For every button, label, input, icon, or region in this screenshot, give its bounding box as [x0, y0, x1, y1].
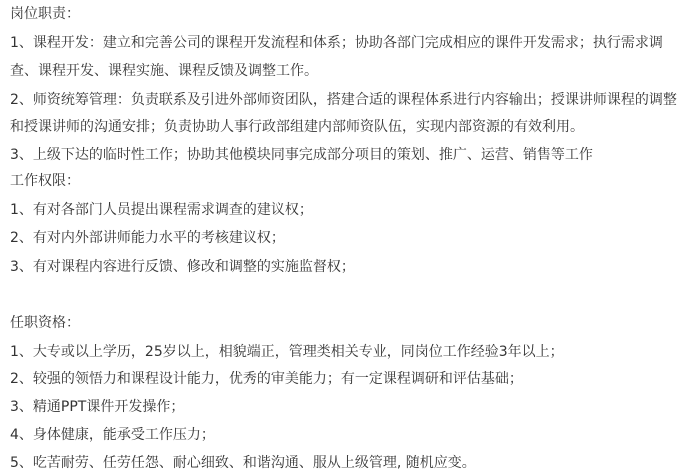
duty-line: 3、上级下达的临时性工作；协助其他模块同事完成部分项目的策划、推广、运营、销售等…: [10, 145, 593, 165]
duty-line: 查、课程开发、课程实施、课程反馈及调整工作。: [10, 61, 318, 81]
authority-line: 1、有对各部门人员提出课程需求调查的建议权；: [10, 200, 313, 220]
qualification-line: 4、身体健康，能承受工作压力；: [10, 425, 215, 445]
qualification-line: 2、较强的领悟力和课程设计能力，优秀的审美能力；有一定课程调研和评估基础；: [10, 369, 523, 389]
section-title-authority: 工作权限：: [10, 171, 80, 191]
section-title-qualifications: 任职资格：: [10, 313, 80, 333]
duty-line: 1、课程开发：建立和完善公司的课程开发流程和体系；协助各部门完成相应的课件开发需…: [10, 33, 663, 53]
section-title-duties: 岗位职责：: [10, 4, 80, 24]
qualification-line: 3、精通PPT课件开发操作；: [10, 397, 184, 417]
authority-line: 3、有对课程内容进行反馈、修改和调整的实施监督权；: [10, 257, 355, 277]
qualification-line: 1、大专或以上学历，25岁以上，相貌端正，管理类相关专业，同岗位工作经验3年以上…: [10, 342, 564, 362]
authority-line: 2、有对内外部讲师能力水平的考核建议权；: [10, 228, 285, 248]
duty-line: 2、师资统筹管理：负责联系及引进外部师资团队，搭建合适的课程体系进行内容输出；授…: [10, 90, 677, 110]
qualification-line: 5、吃苦耐劳、任劳任怨、耐心细致、和谐沟通、服从上级管理, 随机应变。: [10, 453, 476, 473]
duty-line: 和授课讲师的沟通安排；负责协助人事行政部组建内部师资队伍，实现内部资源的有效利用…: [10, 117, 584, 137]
